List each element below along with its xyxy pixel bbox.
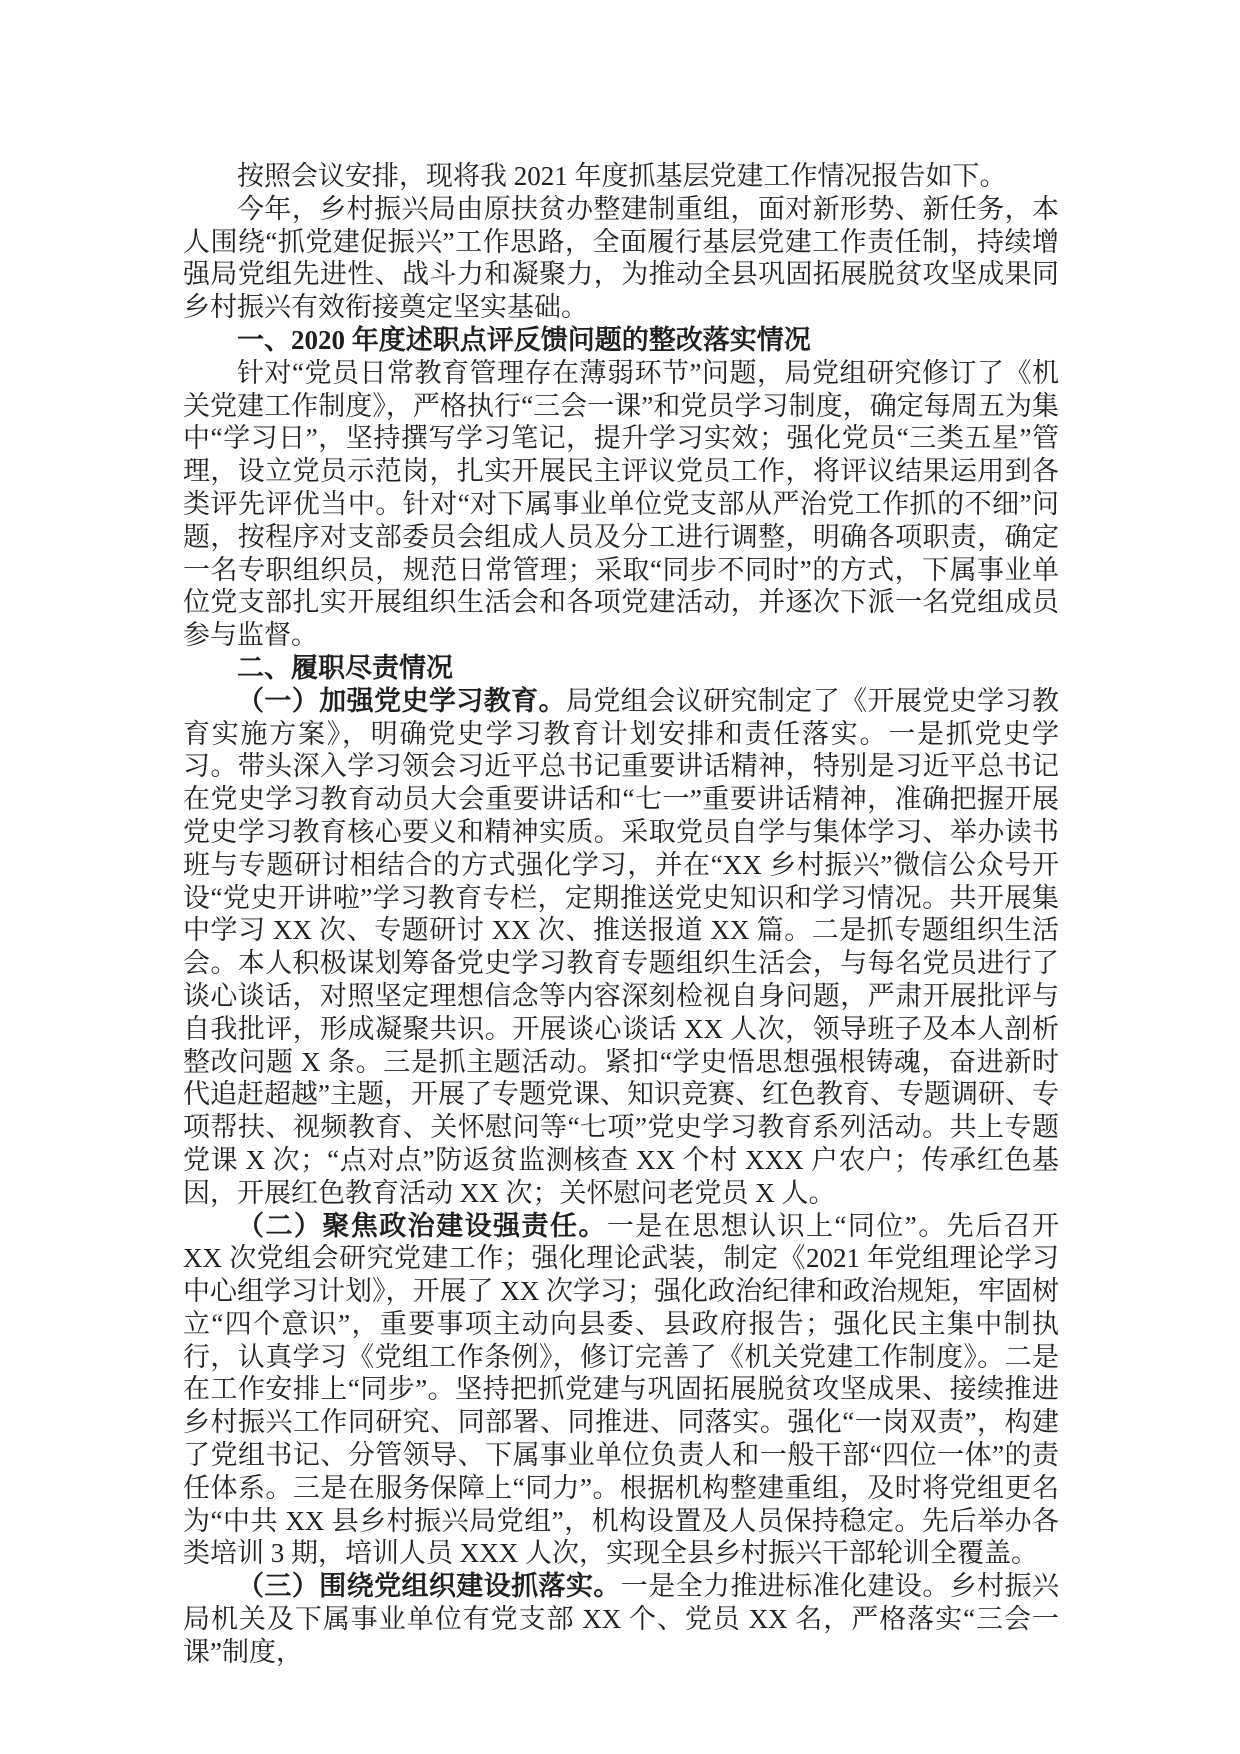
subsection-2-text: 一是在思想认识上“同位”。先后召开 XX 次党组会研究党建工作；强化理论武装，制… [183,1211,1059,1569]
paragraph-subsection-1: （一）加强党史学习教育。局党组会议研究制定了《开展党史学习教育实施方案》，明确党… [183,685,1059,1210]
subsection-3-lead: （三）围绕党组织建设抓落实。 [237,1571,621,1601]
document-page: 按照会议安排，现将我 2021 年度抓基层党建工作情况报告如下。 今年，乡村振兴… [0,0,1240,1754]
subsection-2-lead: （二）聚焦政治建设强责任。 [237,1211,607,1241]
paragraph-intro: 按照会议安排，现将我 2021 年度抓基层党建工作情况报告如下。 [183,160,1059,193]
section-heading-1: 一、2020 年度述职点评反馈问题的整改落实情况 [183,324,1059,357]
subsection-1-lead: （一）加强党史学习教育。 [237,686,566,716]
document-body: 按照会议安排，现将我 2021 年度抓基层党建工作情况报告如下。 今年，乡村振兴… [183,160,1059,1669]
subsection-1-text: 局党组会议研究制定了《开展党史学习教育实施方案》，明确党史学习教育计划安排和责任… [183,686,1059,1208]
paragraph-rectification: 针对“党员日常教育管理存在薄弱环节”问题，局党组研究修订了《机关党建工作制度》，… [183,357,1059,652]
paragraph-subsection-3: （三）围绕党组织建设抓落实。一是全力推进标准化建设。乡村振兴局机关及下属事业单位… [183,1570,1059,1668]
paragraph-overview: 今年，乡村振兴局由原扶贫办整建制重组，面对新形势、新任务，本人围绕“抓党建促振兴… [183,193,1059,324]
paragraph-subsection-2: （二）聚焦政治建设强责任。一是在思想认识上“同位”。先后召开 XX 次党组会研究… [183,1210,1059,1571]
section-heading-2: 二、履职尽责情况 [183,652,1059,685]
